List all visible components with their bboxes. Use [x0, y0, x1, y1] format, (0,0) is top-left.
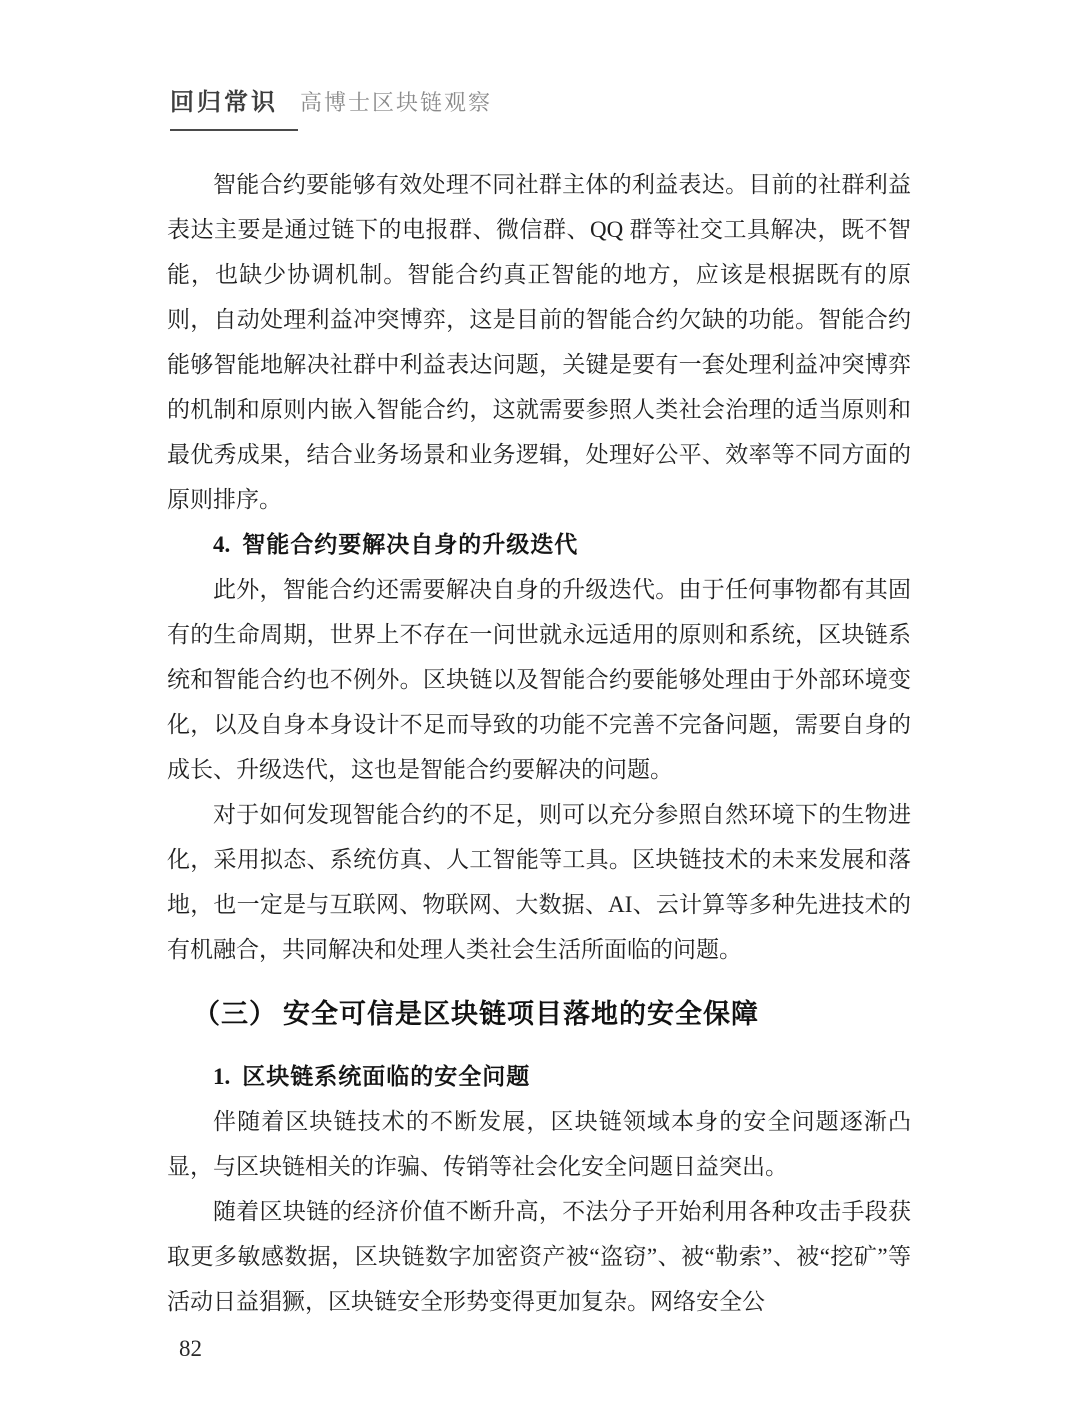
page-body: 智能合约要能够有效处理不同社群主体的利益表达。目前的社群利益表达主要是通过链下的…: [167, 162, 911, 1324]
heading-title: 智能合约要解决自身的升级迭代: [242, 531, 578, 557]
section-heading-security: （三）安全可信是区块链项目落地的安全保障: [167, 991, 911, 1037]
section-prefix: （三）: [193, 999, 277, 1029]
header-line: 回归常识高博士区块链观察: [170, 82, 910, 117]
book-title: 回归常识: [170, 82, 278, 117]
header-underline: [170, 129, 298, 131]
running-header: 回归常识高博士区块链观察: [170, 82, 910, 131]
heading-number: 1.: [213, 1064, 230, 1089]
paragraph-attacks: 随着区块链的经济价值不断升高，不法分子开始利用各种攻击手段获取更多敏感数据，区块…: [167, 1189, 911, 1324]
section-title: 安全可信是区块链项目落地的安全保障: [283, 999, 759, 1029]
heading-4-upgrade-iteration: 4.智能合约要解决自身的升级迭代: [167, 522, 911, 567]
heading-title: 区块链系统面临的安全问题: [242, 1063, 530, 1089]
paragraph-smart-contract-interests: 智能合约要能够有效处理不同社群主体的利益表达。目前的社群利益表达主要是通过链下的…: [167, 162, 911, 522]
paragraph-bio-evolution: 对于如何发现智能合约的不足，则可以充分参照自然环境下的生物进化，采用拟态、系统仿…: [167, 792, 911, 972]
book-page: 回归常识高博士区块链观察 智能合约要能够有效处理不同社群主体的利益表达。目前的社…: [0, 0, 1080, 1419]
paragraph-lifecycle: 此外，智能合约还需要解决自身的升级迭代。由于任何事物都有其固有的生命周期，世界上…: [167, 567, 911, 792]
page-number: 82: [179, 1336, 202, 1361]
heading-1-security-issues: 1.区块链系统面临的安全问题: [167, 1054, 911, 1099]
paragraph-security-prominent: 伴随着区块链技术的不断发展，区块链领域本身的安全问题逐渐凸显，与区块链相关的诈骗…: [167, 1099, 911, 1189]
heading-number: 4.: [213, 532, 230, 557]
page-footer: 82: [179, 1336, 202, 1362]
chapter-title: 高博士区块链观察: [300, 86, 492, 117]
